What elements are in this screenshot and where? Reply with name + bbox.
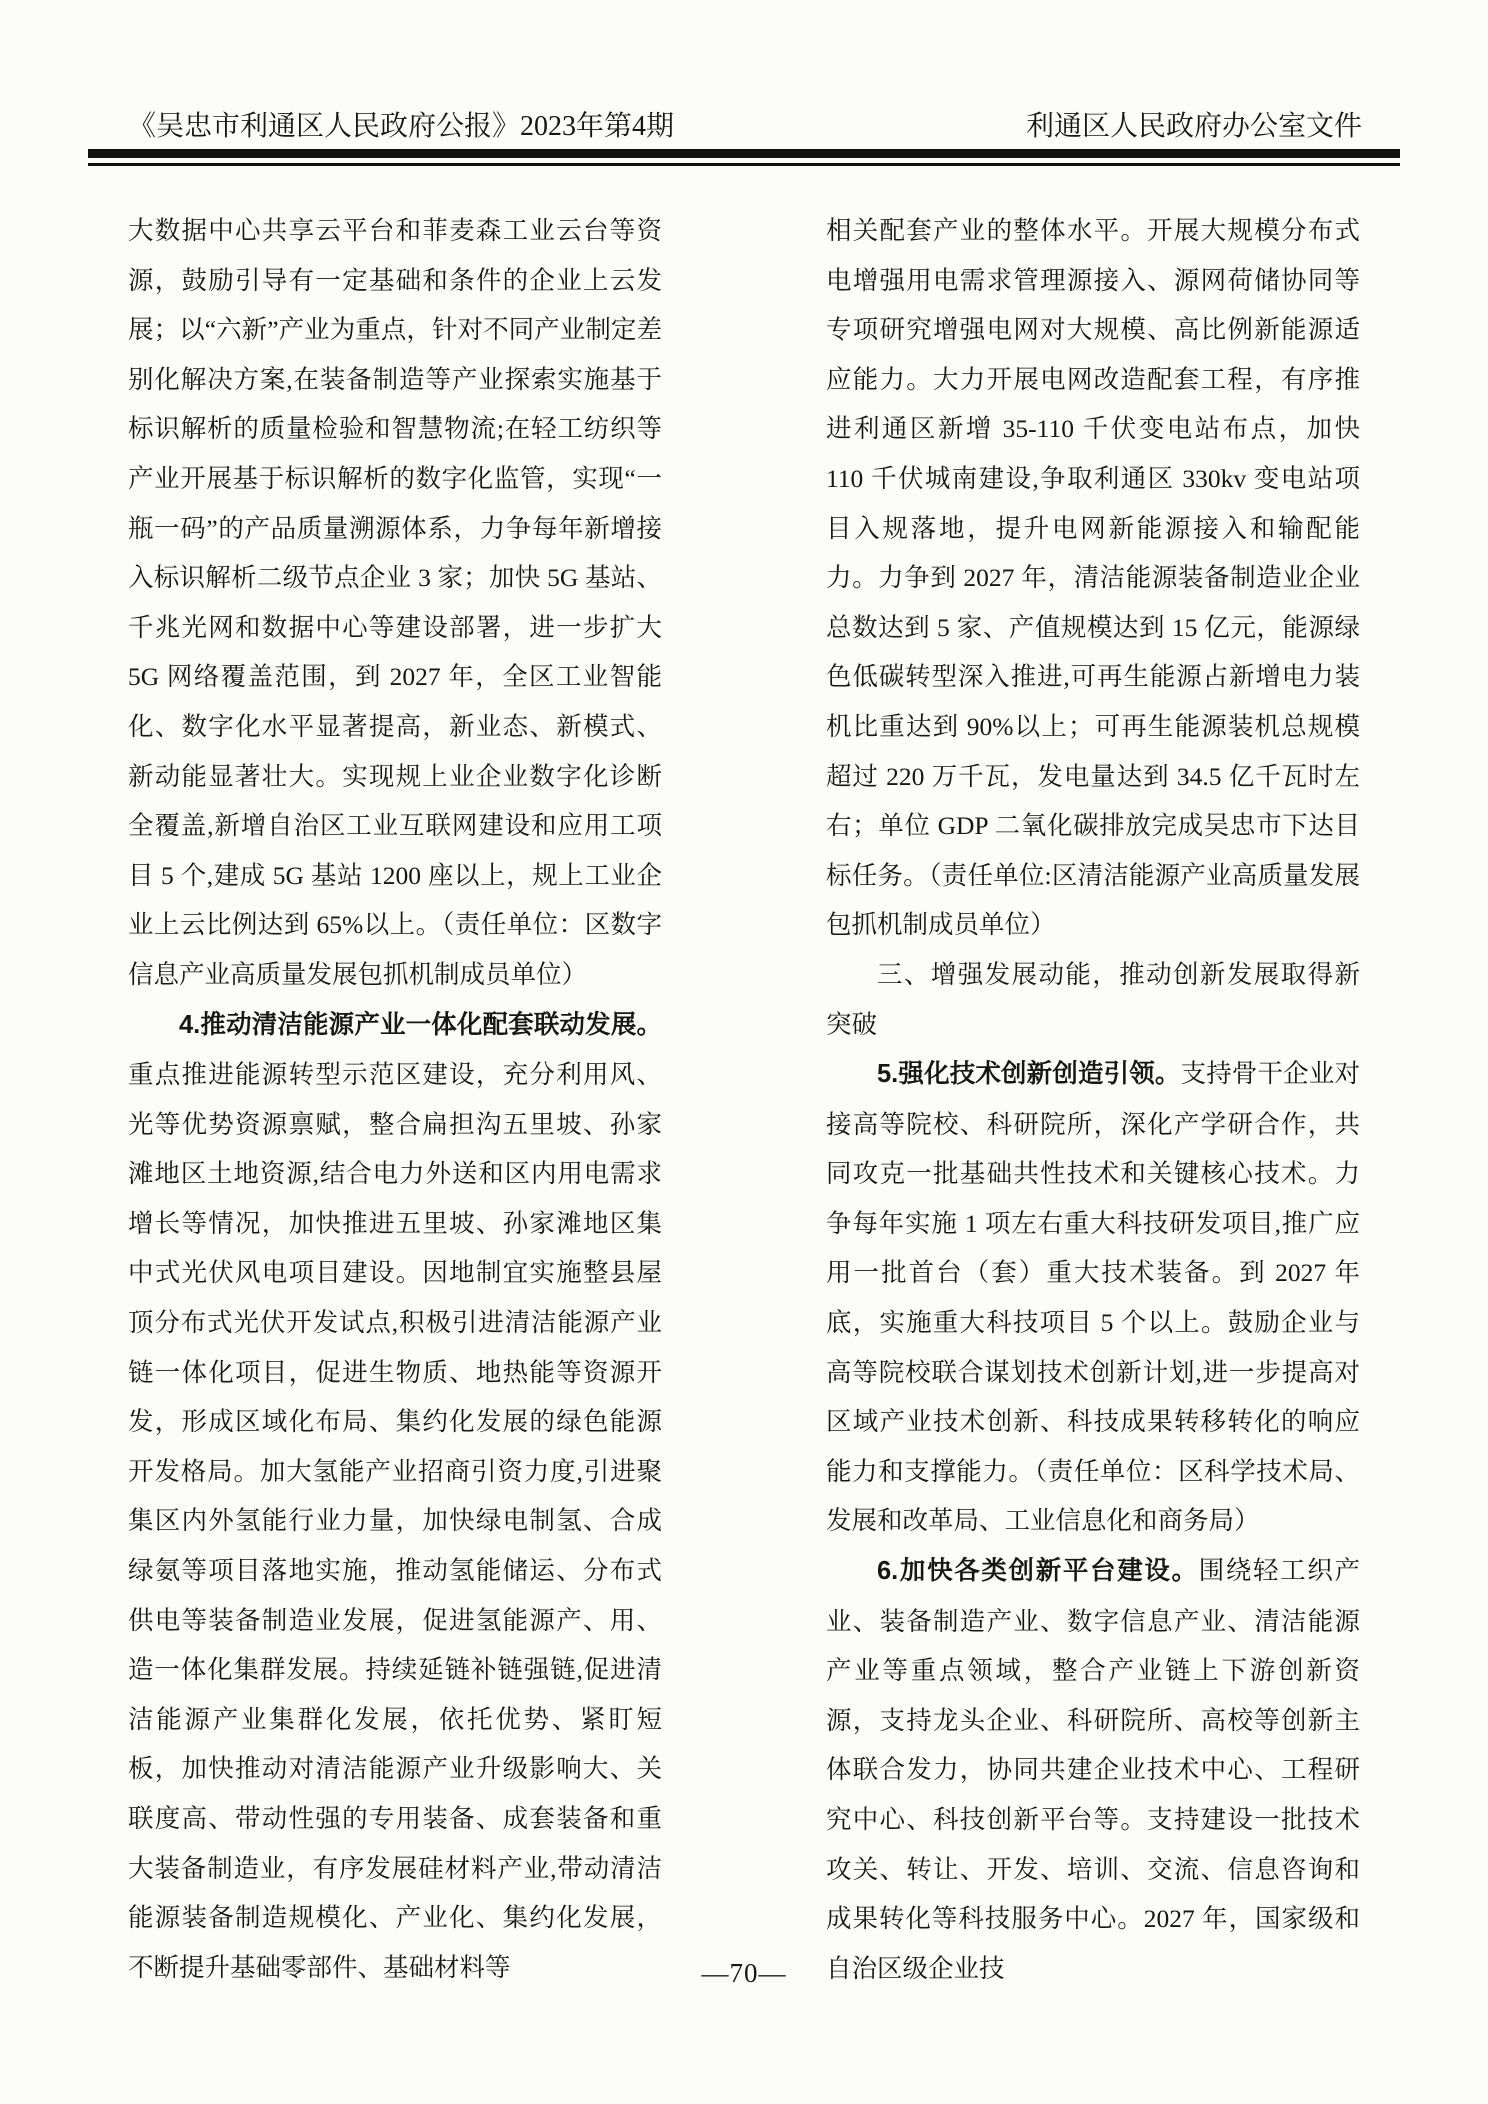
paragraph: 5.强化技术创新创造引领。支持骨干企业对接高等院校、科研院所，深化产学研合作，共… (826, 1049, 1360, 1546)
page-number: —70— (702, 1958, 787, 1988)
document-page: 《吴忠市利通区人民政府公报》2023年第4期 利通区人民政府办公室文件 大数据中… (0, 0, 1488, 2104)
paragraph-lead-bold: 6.加快各类创新平台建设。 (877, 1557, 1199, 1585)
left-column: 大数据中心共享云平台和菲麦森工业云台等资源，鼓励引导有一定基础和条件的企业上云发… (128, 206, 662, 1992)
header-rule-thick (88, 149, 1400, 158)
paragraph: 6.加快各类创新平台建设。围绕轻工织产业、装备制造产业、数字信息产业、清洁能源产… (826, 1546, 1360, 1993)
paragraph-lead-bold: 5.强化技术创新创造引领。 (877, 1060, 1181, 1088)
paragraph: 三、增强发展动能，推动创新发展取得新突破 (826, 950, 1360, 1049)
paragraph: 相关配套产业的整体水平。开展大规模分布式电增强用电需求管理源接入、源网荷储协同等… (826, 206, 1360, 950)
page-footer: —70— (0, 1958, 1488, 1989)
page-header: 《吴忠市利通区人民政府公报》2023年第4期 利通区人民政府办公室文件 (128, 104, 1362, 144)
header-left-title: 《吴忠市利通区人民政府公报》2023年第4期 (128, 104, 674, 144)
text-segment: 大数据中心共享云平台和菲麦森工业云台等资源，鼓励引导有一定基础和条件的企业上云发… (128, 216, 662, 989)
right-column: 相关配套产业的整体水平。开展大规模分布式电增强用电需求管理源接入、源网荷储协同等… (826, 206, 1360, 1993)
text-segment: 重点推进能源转型示范区建设，充分利用风、光等优势资源禀赋，整合扁担沟五里坡、孙家… (128, 1060, 662, 1982)
header-rule-thin (88, 163, 1400, 166)
paragraph: 大数据中心共享云平台和菲麦森工业云台等资源，鼓励引导有一定基础和条件的企业上云发… (128, 206, 662, 1000)
text-segment: 三、增强发展动能，推动创新发展取得新突破 (826, 960, 1360, 1039)
text-segment: 围绕轻工织产业、装备制造产业、数字信息产业、清洁能源产业等重点领域，整合产业链上… (826, 1556, 1360, 1983)
paragraph: 4.推动清洁能源产业一体化配套联动发展。重点推进能源转型示范区建设，充分利用风、… (128, 1000, 662, 1993)
text-segment: 相关配套产业的整体水平。开展大规模分布式电增强用电需求管理源接入、源网荷储协同等… (826, 216, 1360, 939)
text-segment: 支持骨干企业对接高等院校、科研院所，深化产学研合作，共同攻克一批基础共性技术和关… (826, 1059, 1360, 1535)
paragraph-lead-bold: 4.推动清洁能源产业一体化配套联动发展。 (179, 1011, 662, 1039)
header-right-title: 利通区人民政府办公室文件 (1026, 104, 1362, 144)
